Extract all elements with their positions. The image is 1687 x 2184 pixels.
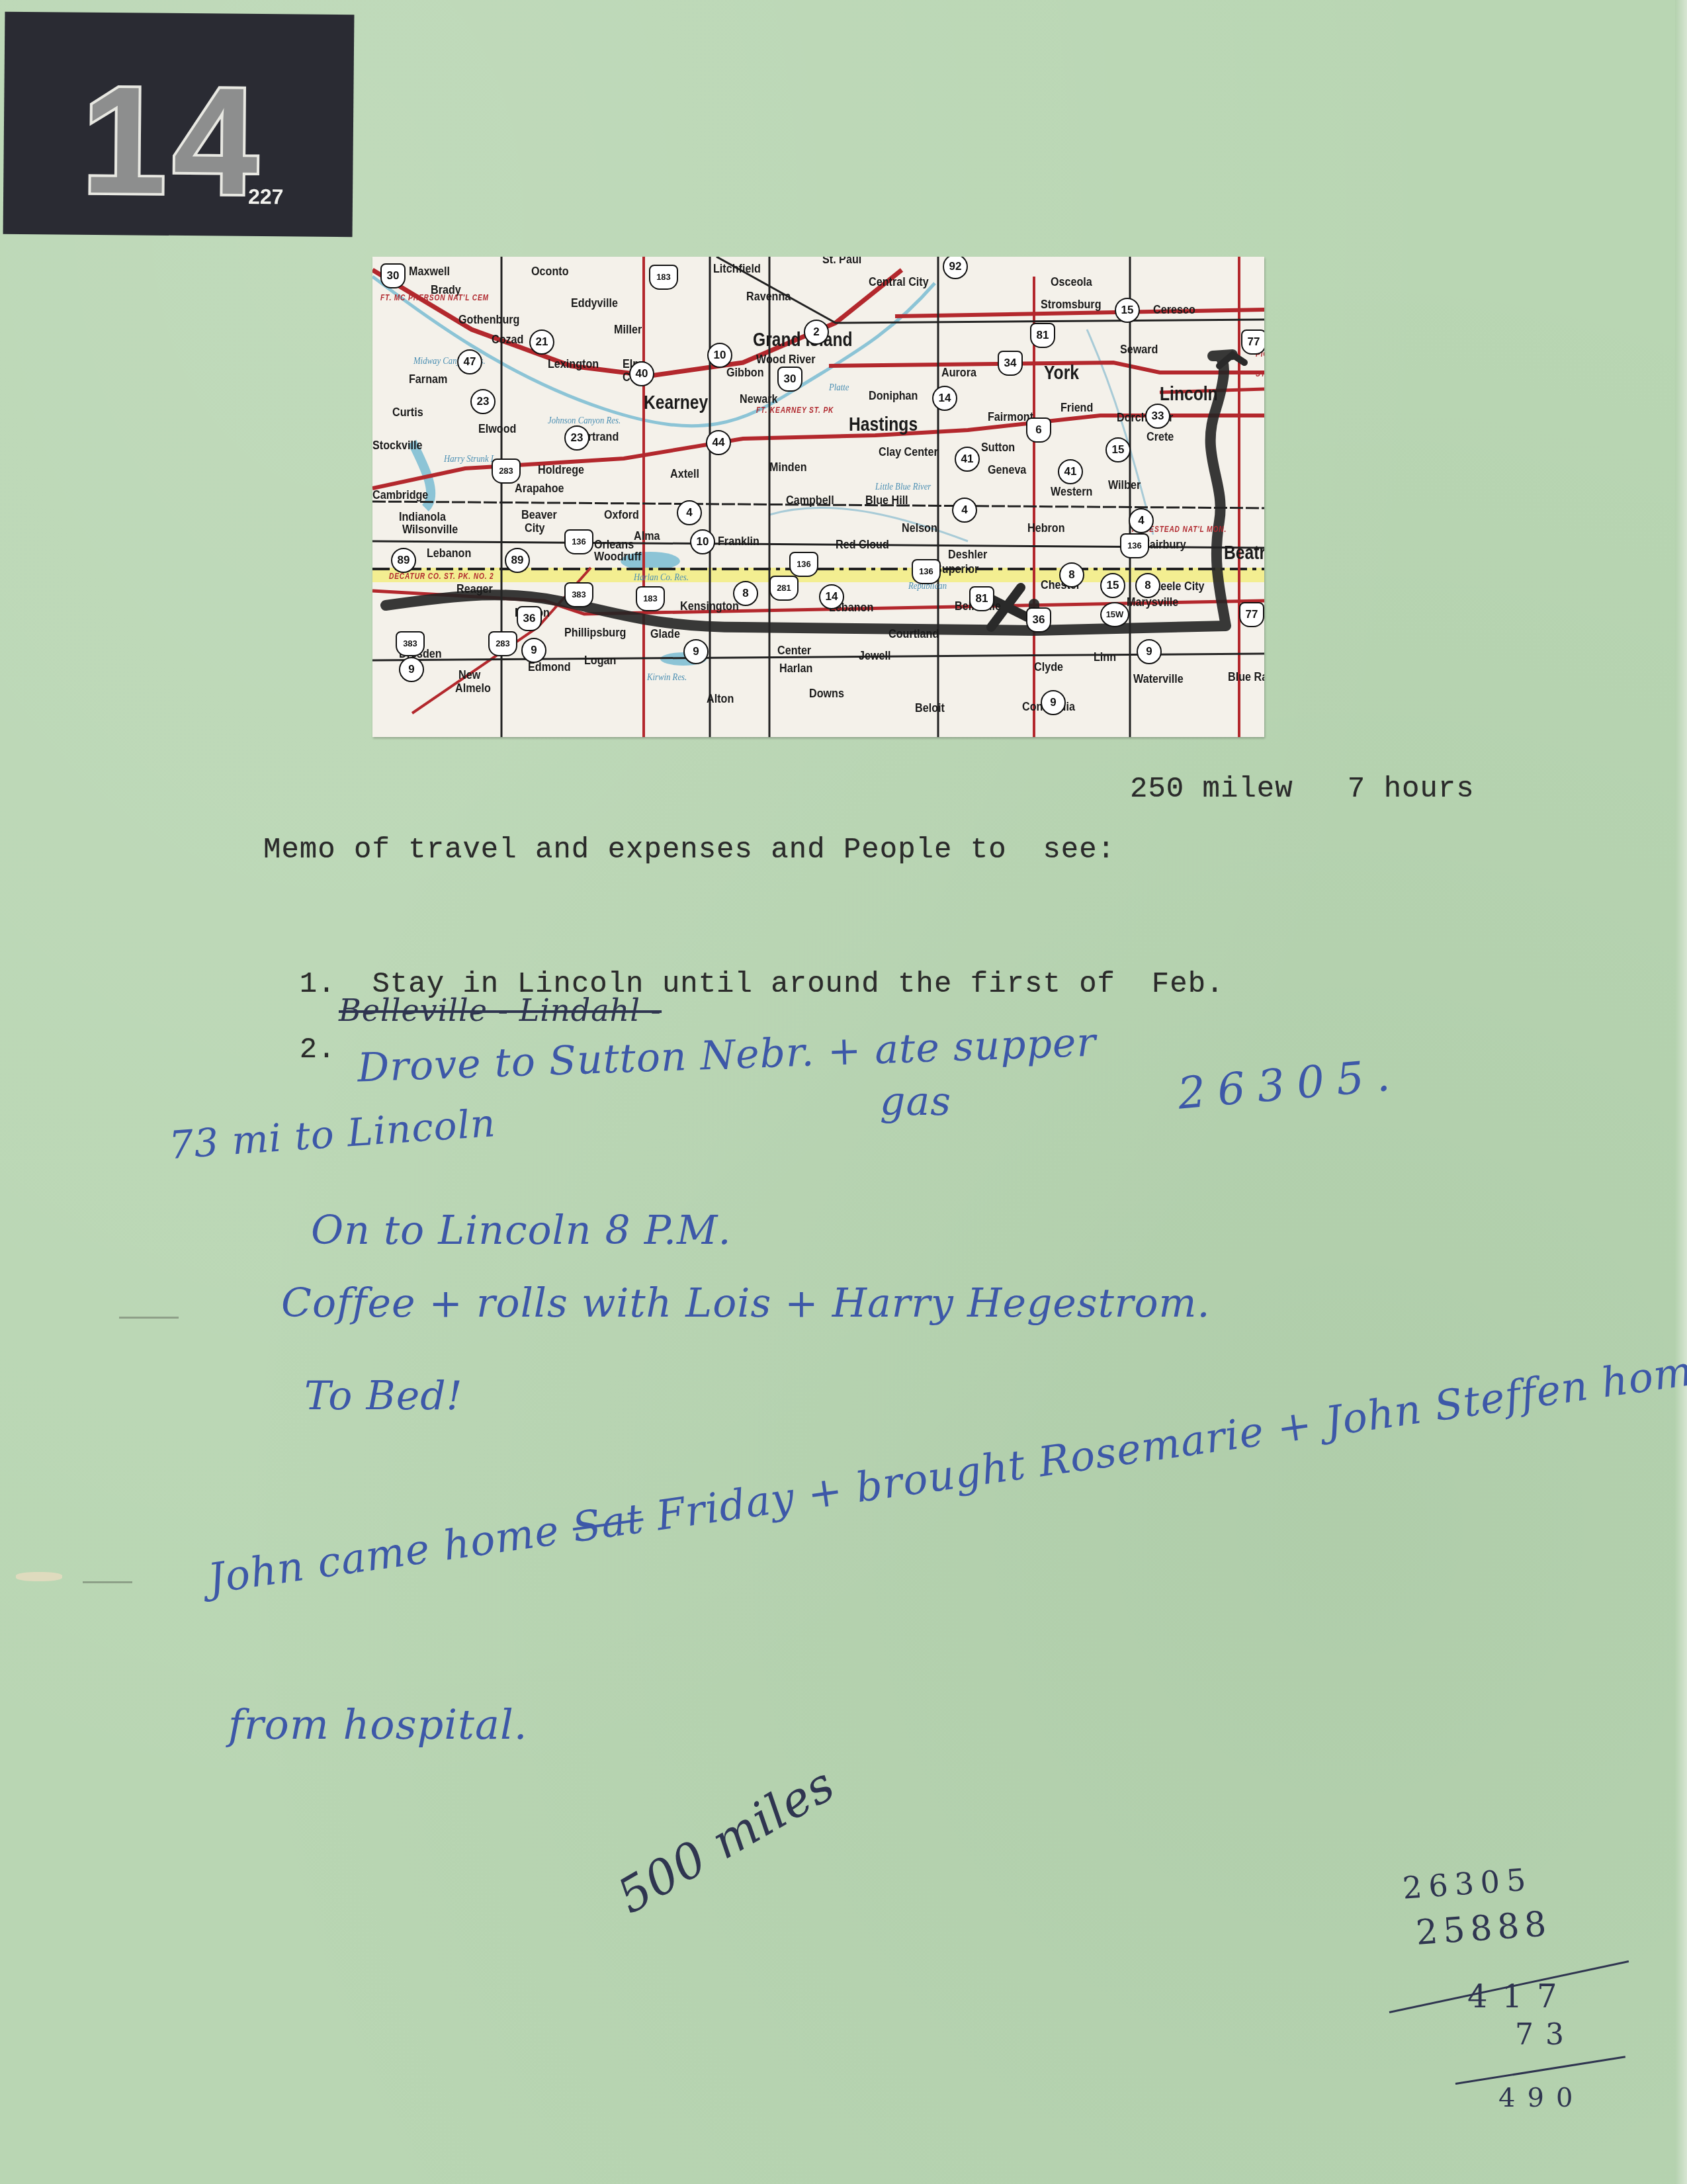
map-water-label: Kirwin Res. [647, 672, 687, 683]
map-town-label: Downs [809, 687, 844, 701]
map-town-label: Clay Center [879, 445, 938, 460]
map-town-label: Phillipsburg [564, 626, 626, 640]
map-park-label: STOLLEY ST. PK [1256, 369, 1264, 378]
us-route-shield-icon: 81 [1030, 323, 1055, 348]
map-town-label: Wilsonville [402, 523, 458, 537]
state-route-shield-icon: 23 [470, 389, 496, 414]
us-route-shield-icon: 383 [396, 631, 425, 656]
map-town-label: Marysville [1127, 595, 1178, 610]
us-route-shield-icon: 183 [649, 265, 678, 290]
calc-odometer-start: 25888 [1414, 1904, 1553, 1953]
memo-title: Memo of travel and expenses and People t… [263, 834, 1115, 867]
map-water-label: Harlan Co. Res. [634, 572, 689, 584]
map-town-label: Franklin [718, 535, 759, 549]
state-route-shield-icon: 15 [1115, 298, 1140, 323]
map-town-label: Miller [614, 323, 642, 337]
us-route-shield-icon: 136 [912, 559, 941, 584]
state-route-shield-icon: 9 [1041, 690, 1066, 715]
handwritten-text: John came home [205, 1506, 562, 1603]
state-route-shield-icon: 8 [1059, 562, 1084, 588]
map-town-label: Minden [769, 460, 807, 475]
trip-summary: 250 milew 7 hours [1130, 773, 1475, 806]
state-route-shield-icon: 14 [819, 584, 844, 609]
map-town-label: Ceresco [1153, 303, 1195, 318]
map-town-label: Fairbury [1143, 538, 1186, 552]
state-route-shield-icon: 40 [629, 361, 654, 386]
map-town-label: Beatrice [1224, 543, 1264, 564]
paper-smudge [83, 1581, 132, 1583]
handwritten-line-from-hospital: from hospital. [228, 1700, 527, 1749]
us-route-shield-icon: 34 [998, 351, 1023, 376]
map-town-label: Nelson [902, 521, 937, 536]
calc-difference: 417 [1467, 1978, 1572, 2015]
state-route-shield-icon: 9 [521, 638, 546, 663]
memo-item-1: 1. Stay in Lincoln until around the firs… [263, 935, 1224, 1001]
odometer-reading: 26305. [1176, 1049, 1403, 1119]
map-town-label: Harlan [779, 662, 812, 676]
state-route-shield-icon: 4 [1129, 508, 1154, 533]
map-town-label: Waterville [1133, 672, 1184, 687]
map-town-label: Cambridge [372, 488, 428, 503]
map-town-label: Western [1051, 485, 1092, 500]
map-town-label: Friend [1060, 401, 1093, 415]
map-town-label: Seward [1120, 343, 1158, 357]
state-route-shield-icon: 41 [1058, 459, 1083, 484]
map-town-label: Arapahoe [515, 482, 564, 496]
state-route-shield-icon: 10 [690, 529, 715, 554]
map-town-label: Oconto [531, 265, 569, 279]
state-route-shield-icon: 9 [683, 639, 709, 664]
calc-addition: 73 [1515, 2018, 1576, 2052]
handwritten-line-coffee: Coffee + rolls with Lois + Harry Hegestr… [281, 1280, 1211, 1327]
state-route-shield-icon: 10 [707, 343, 732, 368]
map-town-label: Logan [584, 654, 616, 668]
map-town-label: Lebanon [427, 546, 471, 561]
state-route-shield-icon: 15W [1100, 602, 1129, 627]
map-town-label: Hastings [849, 414, 918, 436]
map-town-label: Holdrege [538, 463, 584, 478]
map-town-label: York [1044, 363, 1079, 384]
map-town-label: Red Cloud [836, 538, 889, 552]
map-town-label: Deshler [948, 548, 987, 562]
map-town-label: Doniphan [869, 389, 918, 404]
map-water-label: Little Blue River [875, 482, 931, 493]
state-route-shield-icon: 47 [457, 349, 482, 374]
map-town-label: Farnam [409, 372, 447, 387]
map-town-label: Wood River [756, 353, 815, 367]
state-route-shield-icon: 23 [564, 425, 589, 451]
map-park-label: DECATUR CO. ST. PK. NO. 2 [389, 572, 494, 581]
memo-item-2-struck-text: Belleville - Lindahl - [339, 992, 662, 1028]
state-route-shield-icon: 4 [952, 498, 977, 523]
map-town-label: Crete [1146, 430, 1174, 445]
map-water-label: Johnson Canyon Res. [548, 415, 621, 427]
handwritten-text: Friday + brought Rosemarie + John Steffe… [653, 1343, 1687, 1540]
map-town-label: Linn [1094, 650, 1116, 665]
map-town-label: City [525, 521, 545, 536]
page-number-label: 14 227 [3, 12, 355, 238]
map-town-label: Kensington [680, 599, 739, 614]
map-town-label: Maxwell [409, 265, 450, 279]
state-route-shield-icon: 8 [1135, 573, 1160, 598]
handwritten-line-73-miles: 73 mi to Lincoln [167, 1100, 497, 1168]
us-route-shield-icon: 81 [969, 586, 994, 611]
handwritten-gas-label: gas [880, 1078, 951, 1125]
map-town-label: Woodruff [594, 550, 641, 564]
us-route-shield-icon: 281 [769, 576, 799, 601]
map-town-label: Lincoln [1160, 384, 1218, 406]
state-route-shield-icon: 15 [1100, 573, 1125, 598]
memo-item-2: 2. [263, 1000, 336, 1067]
map-town-label: Alma [634, 529, 660, 544]
map-town-label: Curtis [392, 406, 423, 420]
memo-item-number: 2. [300, 1033, 336, 1067]
map-town-label: Aurora [941, 366, 976, 380]
page-number: 14 [81, 64, 265, 218]
map-town-label: Cozad [492, 333, 523, 347]
state-route-shield-icon: 21 [529, 329, 554, 355]
map-park-label: FT. KEARNEY ST. PK [756, 406, 834, 415]
handwritten-line-sutton: Drove to Sutton Nebr. + ate supper [357, 1020, 1097, 1092]
map-town-label: Clyde [1034, 660, 1063, 675]
state-route-shield-icon: 2 [804, 320, 829, 345]
map-town-label: Wilber [1108, 478, 1141, 493]
page-edge [1675, 0, 1687, 2184]
us-route-shield-icon: 36 [1026, 607, 1051, 633]
us-route-shield-icon: 136 [1120, 533, 1149, 558]
us-route-shield-icon: 77 [1241, 329, 1264, 355]
map-town-label: Hebron [1027, 521, 1065, 536]
handwritten-line-lincoln-8pm: On to Lincoln 8 P.M. [311, 1207, 732, 1254]
us-route-shield-icon: 283 [488, 631, 517, 656]
map-town-label: Axtell [670, 467, 699, 482]
map-town-label: Center [777, 644, 811, 658]
map-town-label: Central City [869, 275, 929, 290]
map-town-label: Gothenburg [458, 313, 519, 328]
map-water-label: Harry Strunk L. [444, 454, 497, 465]
map-town-label: Sutton [981, 441, 1015, 455]
state-route-shield-icon: 89 [505, 548, 530, 573]
state-route-shield-icon: 44 [706, 430, 731, 455]
handwritten-struck-word: Sat [570, 1494, 646, 1551]
map-town-label: Elwood [478, 422, 516, 437]
map-town-label: Alton [707, 692, 734, 707]
page-subnumber: 227 [248, 185, 284, 209]
us-route-shield-icon: 383 [564, 582, 593, 607]
map-town-label: St. Paul [822, 257, 861, 267]
us-route-shield-icon: 36 [517, 606, 542, 631]
us-route-shield-icon: 77 [1239, 602, 1264, 627]
map-town-label: Oxford [604, 508, 639, 523]
map-town-label: Osceola [1051, 275, 1092, 290]
map-town-label: Newark [740, 392, 777, 407]
state-route-shield-icon: 9 [399, 657, 424, 682]
memo-item-number: 1. [300, 968, 336, 1001]
map-clipping: MaxwellBradyOcontoLitchfieldRavennaSt. P… [372, 257, 1264, 737]
state-route-shield-icon: 33 [1145, 404, 1170, 429]
map-town-label: Campbell [786, 494, 834, 508]
us-route-shield-icon: 30 [380, 263, 406, 288]
us-route-shield-icon: 6 [1026, 417, 1051, 443]
handwritten-line-to-bed: To Bed! [304, 1373, 463, 1419]
paper-smudge [119, 1317, 179, 1319]
map-town-label: Superior [935, 562, 978, 577]
state-route-shield-icon: 4 [677, 500, 702, 525]
calc-rule-2 [1455, 2056, 1625, 2085]
map-park-label: FT. MC PHERSON NAT'L CEM [380, 293, 489, 302]
map-town-label: Ravenna [746, 290, 791, 304]
map-town-label: Almelo [455, 681, 491, 696]
map-town-label: Kearney [644, 392, 708, 414]
state-route-shield-icon: 14 [932, 386, 957, 411]
map-town-label: Grand Island [753, 329, 853, 351]
map-town-label: Reager [456, 582, 493, 597]
map-town-label: Stockville [372, 439, 422, 453]
us-route-shield-icon: 183 [636, 586, 665, 611]
map-town-label: Jewell [859, 649, 890, 664]
map-town-label: Litchfield [713, 262, 761, 277]
calc-odometer-end: 26305 [1401, 1861, 1534, 1906]
us-route-shield-icon: 136 [564, 529, 593, 554]
map-town-label: Courtland [888, 627, 939, 642]
map-town-label: Geneva [988, 463, 1026, 478]
map-town-label: Beloit [915, 701, 945, 716]
us-route-shield-icon: 136 [789, 552, 818, 577]
state-route-shield-icon: 15 [1105, 437, 1131, 462]
map-town-label: New [458, 668, 480, 683]
state-route-shield-icon: 41 [955, 447, 980, 472]
state-route-shield-icon: 9 [1137, 639, 1162, 664]
state-route-shield-icon: 8 [733, 581, 758, 606]
map-town-label: Eddyville [571, 296, 618, 311]
map-town-label: Lexington [548, 357, 599, 372]
map-water-label: Platte [829, 382, 849, 394]
paper-stain [16, 1572, 62, 1581]
handwritten-total-miles: 500 miles [608, 1756, 844, 1924]
map-town-label: Gibbon [726, 366, 764, 380]
map-town-label: Glade [650, 627, 680, 642]
map-town-label: Blue Rapids [1228, 670, 1264, 685]
map-town-label: Blue Hill [865, 494, 908, 508]
us-route-shield-icon: 283 [492, 459, 521, 484]
map-town-label: Stromsburg [1041, 298, 1102, 312]
us-route-shield-icon: 30 [777, 367, 802, 392]
state-route-shield-icon: 89 [391, 548, 416, 573]
calc-total: 490 [1498, 2083, 1584, 2113]
map-town-label: Beaver [521, 508, 557, 523]
